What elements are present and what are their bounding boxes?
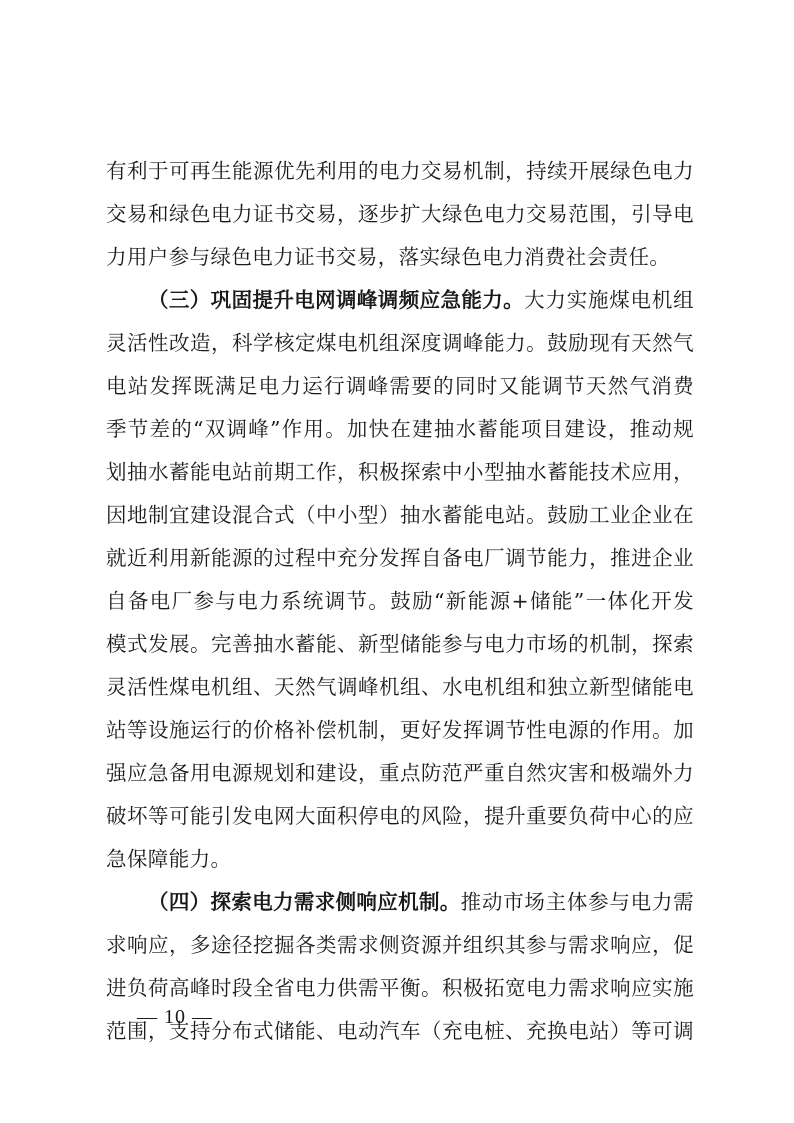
section-heading-3: （三）巩固提升电网调峰调频应急能力。 (148, 288, 524, 312)
document-page: 有利于可再生能源优先利用的电力交易机制，持续开展绿色电力 交易和绿色电力证书交易… (0, 0, 794, 1123)
section-heading-line: （四）探索电力需求侧响应机制。推动市场主体参与电力需 (106, 881, 694, 924)
text-line: 进负荷高峰时段全省电力供需平衡。积极拓宽电力需求响应实施 (106, 967, 694, 1010)
text-run: 大力实施煤电机组 (524, 288, 694, 312)
text-line: 因地制宜建设混合式（中小型）抽水蓄能电站。鼓励工业企业在 (106, 494, 694, 537)
text-line: 求响应，多途径挖掘各类需求侧资源并组织其参与需求响应，促 (106, 924, 694, 967)
text-line: 就近利用新能源的过程中充分发挥自备电厂调节能力，推进企业 (106, 537, 694, 580)
text-line: 季节差的“双调峰”作用。加快在建抽水蓄能项目建设，推动规 (106, 408, 694, 451)
page-number: — 10 — (137, 1006, 213, 1029)
text-line: 有利于可再生能源优先利用的电力交易机制，持续开展绿色电力 (106, 150, 694, 193)
text-line: 模式发展。完善抽水蓄能、新型储能参与电力市场的机制，探索 (106, 623, 694, 666)
text-line: 电站发挥既满足电力运行调峰需要的同时又能调节天然气消费 (106, 365, 694, 408)
text-line: 强应急备用电源规划和建设，重点防范严重自然灾害和极端外力 (106, 752, 694, 795)
text-line: 站等设施运行的价格补偿机制，更好发挥调节性电源的作用。加 (106, 709, 694, 752)
text-line: 灵活性煤电机组、天然气调峰机组、水电机组和独立新型储能电 (106, 666, 694, 709)
text-line: 破坏等可能引发电网大面积停电的风险，提升重要负荷中心的应 (106, 795, 694, 838)
text-line: 力用户参与绿色电力证书交易，落实绿色电力消费社会责任。 (106, 236, 694, 279)
text-line: 急保障能力。 (106, 838, 694, 881)
section-heading-4: （四）探索电力需求侧响应机制。 (148, 890, 461, 914)
section-heading-line: （三）巩固提升电网调峰调频应急能力。大力实施煤电机组 (106, 279, 694, 322)
text-run: 推动市场主体参与电力需 (461, 890, 694, 914)
text-line: 自备电厂参与电力系统调节。鼓励“新能源+储能”一体化开发 (106, 580, 694, 623)
document-body: 有利于可再生能源优先利用的电力交易机制，持续开展绿色电力 交易和绿色电力证书交易… (106, 150, 696, 1053)
text-line: 灵活性改造，科学核定煤电机组深度调峰能力。鼓励现有天然气 (106, 322, 694, 365)
text-line: 交易和绿色电力证书交易，逐步扩大绿色电力交易范围，引导电 (106, 193, 694, 236)
text-line: 划抽水蓄能电站前期工作，积极探索中小型抽水蓄能技术应用， (106, 451, 694, 494)
